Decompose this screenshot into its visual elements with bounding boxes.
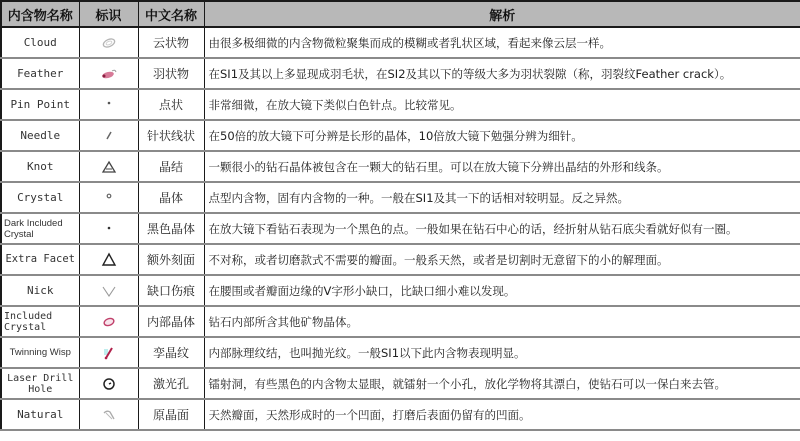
inclusion-name: Feather [1,58,79,89]
inclusion-desc: 由很多极细微的内含物微粒聚集而成的模糊或者乳状区域，看起来像云层一样。 [204,27,800,58]
inclusion-name: Crystal [1,182,79,213]
inclusion-desc: 在放大镜下看钻石表现为一个黑色的点。一般如果在钻石中心的话，经折射从钻石底尖看就… [204,213,800,244]
inclusion-name: Knot [1,151,79,182]
table-row: Dark Included Crystal 黑色晶体 在放大镜下看钻石表现为一个… [1,213,800,244]
inclusion-cn-name: 额外刻面 [138,244,204,275]
natural-icon [99,407,119,423]
inclusion-cn-name: 晶结 [138,151,204,182]
laser-drill-hole-icon [99,376,119,392]
inclusion-desc: 在50倍的放大镜下可分辨是长形的晶体，10倍放大镜下勉强分辨为细针。 [204,120,800,151]
inclusion-desc: 内部脉理纹结，也叫抛光纹。一般SI1以下此内含物表现明显。 [204,337,800,368]
header-desc: 解析 [204,1,800,27]
twinning-wisp-icon [99,345,119,361]
inclusion-name: Pin Point [1,89,79,120]
header-mark: 标识 [79,1,138,27]
inclusion-name: Twinning Wisp [1,337,79,368]
table-row: Feather 羽状物 在SI1及其以上多显现成羽毛状，在SI2及其以下的等级大… [1,58,800,89]
pin-point-icon [99,97,119,113]
header-cn-name: 中文名称 [138,1,204,27]
table-row: Needle 针状线状 在50倍的放大镜下可分辨是长形的晶体，10倍放大镜下勉强… [1,120,800,151]
inclusion-desc: 非常细微，在放大镜下类似白色针点。比较常见。 [204,89,800,120]
inclusion-desc: 天然瓣面，天然形成时的一个凹面，打磨后表面仍留有的凹面。 [204,399,800,430]
cloud-icon [99,35,119,51]
table-row: Twinning Wisp 孪晶纹 内部脉理纹结，也叫抛光纹。一般SI1以下此内… [1,337,800,368]
table-row: Included Crystal 内部晶体 钻石内部所含其他矿物晶体。 [1,306,800,337]
inclusion-name: Extra Facet [1,244,79,275]
inclusion-cn-name: 原晶面 [138,399,204,430]
inclusion-name: Nick [1,275,79,306]
inclusion-name: Laser Drill Hole [1,368,79,399]
inclusion-cn-name: 云状物 [138,27,204,58]
inclusion-cn-name: 晶体 [138,182,204,213]
inclusion-cn-name: 缺口伤痕 [138,275,204,306]
inclusion-cn-name: 羽状物 [138,58,204,89]
extra-facet-icon [99,252,119,268]
table-row: Cloud 云状物 由很多极细微的内含物微粒聚集而成的模糊或者乳状区域，看起来像… [1,27,800,58]
inclusion-cn-name: 黑色晶体 [138,213,204,244]
inclusion-desc: 在腰围或者瓣面边缘的V字形小缺口，比缺口细小难以发现。 [204,275,800,306]
table-row: Pin Point 点状 非常细微，在放大镜下类似白色针点。比较常见。 [1,89,800,120]
nick-icon [99,283,119,299]
needle-icon [99,128,119,144]
inclusion-cn-name: 点状 [138,89,204,120]
table-row: Extra Facet 额外刻面 不对称，或者切磨款式不需要的瓣面。一般系天然，… [1,244,800,275]
inclusion-cn-name: 内部晶体 [138,306,204,337]
knot-icon [99,159,119,175]
header-name: 内含物名称 [1,1,79,27]
inclusion-cn-name: 激光孔 [138,368,204,399]
inclusion-name: Natural [1,399,79,430]
inclusion-cn-name: 孪晶纹 [138,337,204,368]
table-row: Laser Drill Hole 激光孔 镭射洞，有些黑色的内含物太显眼，就镭射… [1,368,800,399]
crystal-icon [99,190,119,206]
table-row: Nick 缺口伤痕 在腰围或者瓣面边缘的V字形小缺口，比缺口细小难以发现。 [1,275,800,306]
table-row: Natural 原晶面 天然瓣面，天然形成时的一个凹面，打磨后表面仍留有的凹面。 [1,399,800,430]
inclusion-desc: 在SI1及其以上多显现成羽毛状，在SI2及其以下的等级大多为羽状裂隙（称，羽裂纹… [204,58,800,89]
inclusion-name: Included Crystal [1,306,79,337]
inclusion-desc: 镭射洞，有些黑色的内含物太显眼，就镭射一个小孔，放化学物将其漂白，使钻石可以一保… [204,368,800,399]
feather-icon [99,66,119,82]
inclusion-desc: 钻石内部所含其他矿物晶体。 [204,306,800,337]
inclusion-desc: 点型内含物，固有内含物的一种。一般在SI1及其一下的话相对较明显。反之异然。 [204,182,800,213]
inclusion-desc: 不对称，或者切磨款式不需要的瓣面。一般系天然，或者是切割时无意留下的小的解理面。 [204,244,800,275]
table-row: Crystal 晶体 点型内含物，固有内含物的一种。一般在SI1及其一下的话相对… [1,182,800,213]
table-row: Knot 晶结 一颗很小的钻石晶体被包含在一颗大的钻石里。可以在放大镜下分辨出晶… [1,151,800,182]
inclusion-cn-name: 针状线状 [138,120,204,151]
inclusion-table: 内含物名称 标识 中文名称 解析 Cloud 云状物 由很多极细微的内含物微粒聚… [0,0,800,431]
inclusion-desc: 一颗很小的钻石晶体被包含在一颗大的钻石里。可以在放大镜下分辨出晶结的外形和线条。 [204,151,800,182]
header-row: 内含物名称 标识 中文名称 解析 [1,1,800,27]
inclusion-name: Cloud [1,27,79,58]
dark-crystal-icon [99,221,119,237]
included-crystal-icon [99,314,119,330]
inclusion-name: Needle [1,120,79,151]
inclusion-name: Dark Included Crystal [1,213,79,244]
